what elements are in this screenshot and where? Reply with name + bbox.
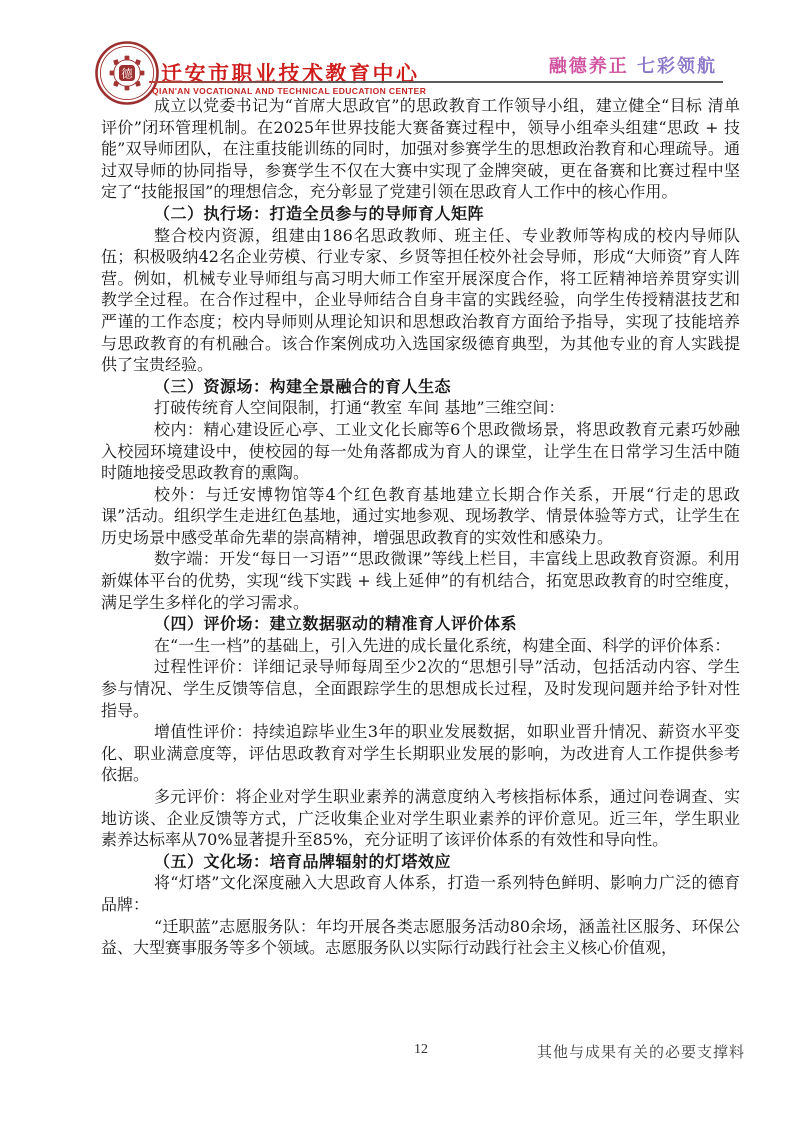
seal-center-character: 德 bbox=[121, 66, 133, 80]
body-paragraph: 校外：与迁安博物馆等4个红色教育基地建立长期合作关系，开展“行走的思政课”活动。… bbox=[101, 484, 740, 549]
section-heading: （五）文化场：培育品牌辐射的灯塔效应 bbox=[101, 851, 740, 873]
school-name-chinese: 迁安市职业技术教育中心 bbox=[161, 58, 420, 88]
body-paragraph: 打破传统育人空间限制，打通“教室 车间 基地”三维空间： bbox=[101, 397, 740, 419]
motto-part-2: 七彩领航 bbox=[637, 56, 717, 77]
school-motto: 融德养正 七彩领航 bbox=[549, 52, 717, 78]
body-paragraph: 数字端：开发“每日一习语”“思政微课”等线上栏目，丰富线上思政教育资源。利用新媒… bbox=[101, 548, 740, 613]
body-paragraph: 在“一生一档”的基础上，引入先进的成长量化系统，构建全面、科学的评价体系： bbox=[101, 635, 740, 657]
body-paragraph: “迁职蓝”志愿服务队：年均开展各类志愿服务活动80余场，涵盖社区服务、环保公益、… bbox=[101, 916, 740, 959]
section-heading: （三）资源场：构建全景融合的育人生态 bbox=[101, 376, 740, 398]
body-paragraph: 整合校内资源，组建由186名思政教师、班主任、专业教师等构成的校内导师队伍；积极… bbox=[101, 225, 740, 376]
body-paragraph: 将“灯塔”文化深度融入大思政育人体系，打造一系列特色鲜明、影响力广泛的德育品牌： bbox=[101, 872, 740, 915]
footer-note: 其他与成果有关的必要支撑料 bbox=[537, 1041, 745, 1062]
section-heading: （四）评价场：建立数据驱动的精准育人评价体系 bbox=[101, 613, 740, 635]
page-number: 12 bbox=[414, 1042, 428, 1058]
body-paragraph: 校内：精心建设匠心亭、工业文化长廊等6个思政微场景，将思政教育元素巧妙融入校园环… bbox=[101, 419, 740, 484]
body-paragraph: 成立以党委书记为“首席大思政官”的思政教育工作领导小组，建立健全“目标 清单 评… bbox=[101, 95, 740, 203]
body-paragraph: 多元评价：将企业对学生职业素养的满意度纳入考核指标体系，通过问卷调查、实地访谈、… bbox=[101, 786, 740, 851]
body-paragraph: 增值性评价：持续追踪毕业生3年的职业发展数据，如职业晋升情况、薪资水平变化、职业… bbox=[101, 721, 740, 786]
header-divider-rule bbox=[149, 81, 723, 83]
body-paragraph: 过程性评价：详细记录导师每周至少2次的“思想引导”活动，包括活动内容、学生参与情… bbox=[101, 656, 740, 721]
motto-part-1: 融德养正 bbox=[549, 56, 629, 77]
document-page: 德 迁安市职业技术教育中心 QIAN'AN VOCATIONAL AND TEC… bbox=[0, 0, 800, 1131]
section-heading: （二）执行场：打造全员参与的导师育人矩阵 bbox=[101, 203, 740, 225]
content-blocks: 成立以党委书记为“首席大思政官”的思政教育工作领导小组，建立健全“目标 清单 评… bbox=[101, 95, 740, 959]
